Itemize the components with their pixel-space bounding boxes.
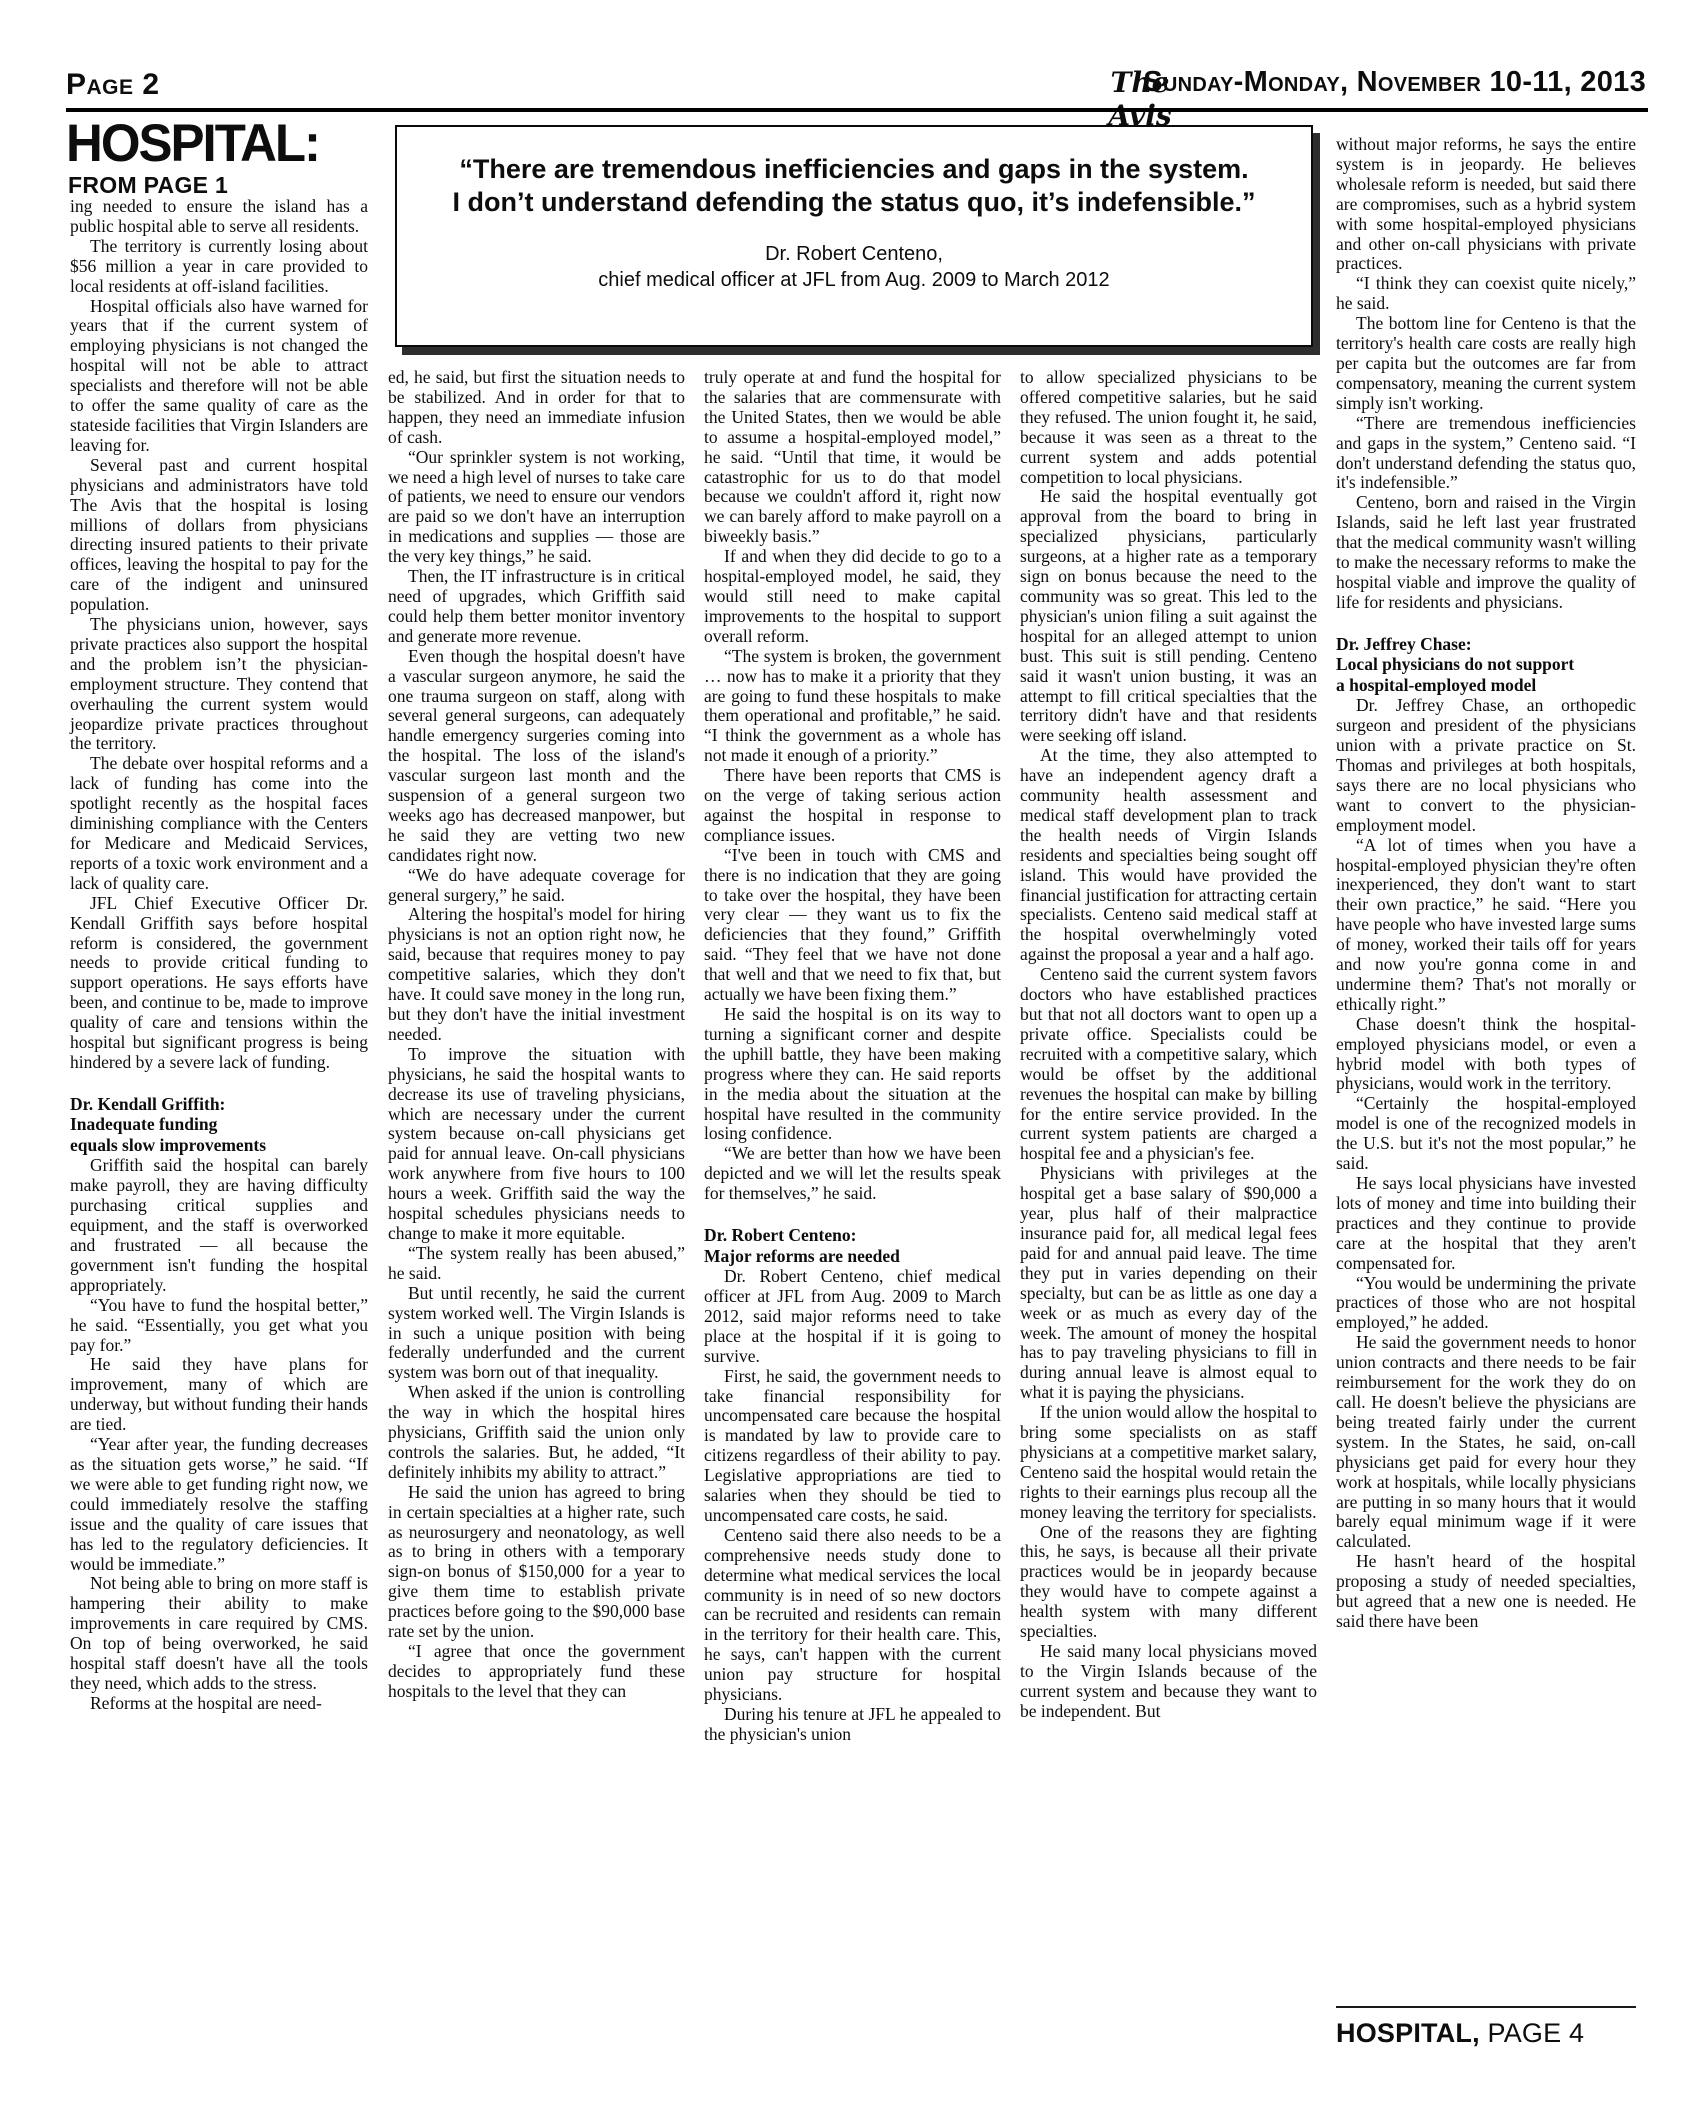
article-paragraph: ed, he said, but first the situation nee… [388, 368, 685, 448]
pull-quote-attribution-name: Dr. Robert Centeno, [397, 241, 1311, 267]
article-column-3: truly operate at and fund the hospital f… [704, 368, 1001, 1745]
article-paragraph: Even though the hospital doesn't have a … [388, 647, 685, 866]
article-paragraph: ing needed to ensure the island has a pu… [70, 197, 368, 237]
article-column-2: ed, he said, but first the situation nee… [388, 368, 685, 1702]
section-heading: Dr. Robert Centeno: Major reforms are ne… [704, 1225, 1001, 1266]
article-paragraph: He said the union has agreed to bring in… [388, 1483, 685, 1642]
article-paragraph: Centeno said there also needs to be a co… [704, 1526, 1001, 1705]
article-paragraph: He said the hospital eventually got appr… [1020, 487, 1317, 746]
article-paragraph: The physicians union, however, says priv… [70, 615, 368, 754]
article-paragraph: “You would be undermining the private pr… [1336, 1274, 1636, 1334]
article-paragraph: to allow specialized physicians to be of… [1020, 368, 1317, 487]
newspaper-page: Page 2 The Avis Sunday-Monday, November … [0, 0, 1704, 2122]
continued-to-line: HOSPITAL, PAGE 4 [1336, 2018, 1656, 2049]
article-paragraph: He said the government needs to honor un… [1336, 1333, 1636, 1552]
article-paragraph: “I've been in touch with CMS and there i… [704, 846, 1001, 1005]
article-paragraph: Dr. Robert Centeno, chief medical office… [704, 1267, 1001, 1367]
article-paragraph: “There are tremendous inefficiencies and… [1336, 414, 1636, 494]
section-heading: Dr. Jeffrey Chase: Local physicians do n… [1336, 634, 1636, 696]
article-paragraph: Dr. Jeffrey Chase, an orthopedic surgeon… [1336, 696, 1636, 835]
article-paragraph: The debate over hospital reforms and a l… [70, 754, 368, 893]
article-column-1: ing needed to ensure the island has a pu… [70, 197, 368, 1714]
article-paragraph: At the time, they also attempted to have… [1020, 746, 1317, 965]
article-paragraph: When asked if the union is controlling t… [388, 1383, 685, 1483]
article-paragraph: without major reforms, he says the entir… [1336, 135, 1636, 274]
jump-line-rule [1336, 2006, 1636, 2008]
article-paragraph: One of the reasons they are fighting thi… [1020, 1523, 1317, 1642]
article-paragraph: JFL Chief Executive Officer Dr. Kendall … [70, 894, 368, 1073]
article-paragraph: To improve the situation with physicians… [388, 1045, 685, 1244]
article-paragraph: “A lot of times when you have a hospital… [1336, 836, 1636, 1015]
article-paragraph: If the union would allow the hospital to… [1020, 1403, 1317, 1522]
article-paragraph: If and when they did decide to go to a h… [704, 547, 1001, 647]
section-heading: Dr. Kendall Griffith: Inadequate funding… [70, 1094, 368, 1156]
article-paragraph: The territory is currently losing about … [70, 237, 368, 297]
article-paragraph: “The system is broken, the government … … [704, 647, 1001, 766]
article-headline: HOSPITAL: [66, 112, 376, 173]
issue-date: Sunday-Monday, November 10-11, 2013 [1143, 66, 1646, 99]
article-column-4: to allow specialized physicians to be of… [1020, 368, 1317, 1722]
page-number-label: Page 2 [66, 68, 160, 102]
article-paragraph: Hospital officials also have warned for … [70, 297, 368, 456]
article-paragraph: Several past and current hospital physic… [70, 456, 368, 615]
article-paragraph: “The system really has been abused,” he … [388, 1244, 685, 1284]
article-paragraph: He said many local physicians moved to t… [1020, 1642, 1317, 1722]
article-paragraph: He hasn't heard of the hospital proposin… [1336, 1552, 1636, 1632]
article-paragraph: “I agree that once the government decide… [388, 1642, 685, 1702]
pull-quote-box: “There are tremendous inefficiencies and… [395, 125, 1313, 347]
article-column-5: without major reforms, he says the entir… [1336, 135, 1636, 1632]
continued-to-slug: HOSPITAL, [1336, 2018, 1480, 2048]
article-paragraph: Not being able to bring on more staff is… [70, 1574, 368, 1693]
article-paragraph: “We are better than how we have been dep… [704, 1144, 1001, 1204]
continued-to-page: PAGE 4 [1488, 2018, 1585, 2048]
article-paragraph: “Certainly the hospital-employed model i… [1336, 1094, 1636, 1174]
article-paragraph: First, he said, the government needs to … [704, 1367, 1001, 1526]
article-paragraph: Physicians with privileges at the hospit… [1020, 1164, 1317, 1403]
article-paragraph: “You have to fund the hospital better,” … [70, 1296, 368, 1356]
pull-quote-text: “There are tremendous inefficiencies and… [427, 153, 1281, 219]
article-paragraph: He says local physicians have invested l… [1336, 1174, 1636, 1274]
article-paragraph: He said they have plans for improvement,… [70, 1355, 368, 1435]
article-paragraph: “Year after year, the funding decreases … [70, 1435, 368, 1574]
article-paragraph: There have been reports that CMS is on t… [704, 766, 1001, 846]
article-paragraph: Reforms at the hospital are need- [70, 1694, 368, 1714]
article-paragraph: The bottom line for Centeno is that the … [1336, 314, 1636, 414]
article-paragraph: Centeno, born and raised in the Virgin I… [1336, 493, 1636, 612]
article-paragraph: But until recently, he said the current … [388, 1284, 685, 1384]
article-paragraph: Then, the IT infrastructure is in critic… [388, 567, 685, 647]
article-paragraph: During his tenure at JFL he appealed to … [704, 1705, 1001, 1745]
article-paragraph: truly operate at and fund the hospital f… [704, 368, 1001, 547]
article-paragraph: He said the hospital is on its way to tu… [704, 1005, 1001, 1144]
article-paragraph: “I think they can coexist quite nicely,”… [1336, 274, 1636, 314]
continued-from-line: FROM PAGE 1 [68, 172, 228, 199]
article-paragraph: Griffith said the hospital can barely ma… [70, 1156, 368, 1295]
pull-quote-attribution-title: chief medical officer at JFL from Aug. 2… [397, 267, 1311, 293]
article-paragraph: “Our sprinkler system is not working, we… [388, 448, 685, 567]
article-paragraph: “We do have adequate coverage for genera… [388, 866, 685, 906]
article-paragraph: Centeno said the current system favors d… [1020, 965, 1317, 1164]
article-paragraph: Altering the hospital's model for hiring… [388, 905, 685, 1044]
article-paragraph: Chase doesn't think the hospital-employe… [1336, 1015, 1636, 1095]
